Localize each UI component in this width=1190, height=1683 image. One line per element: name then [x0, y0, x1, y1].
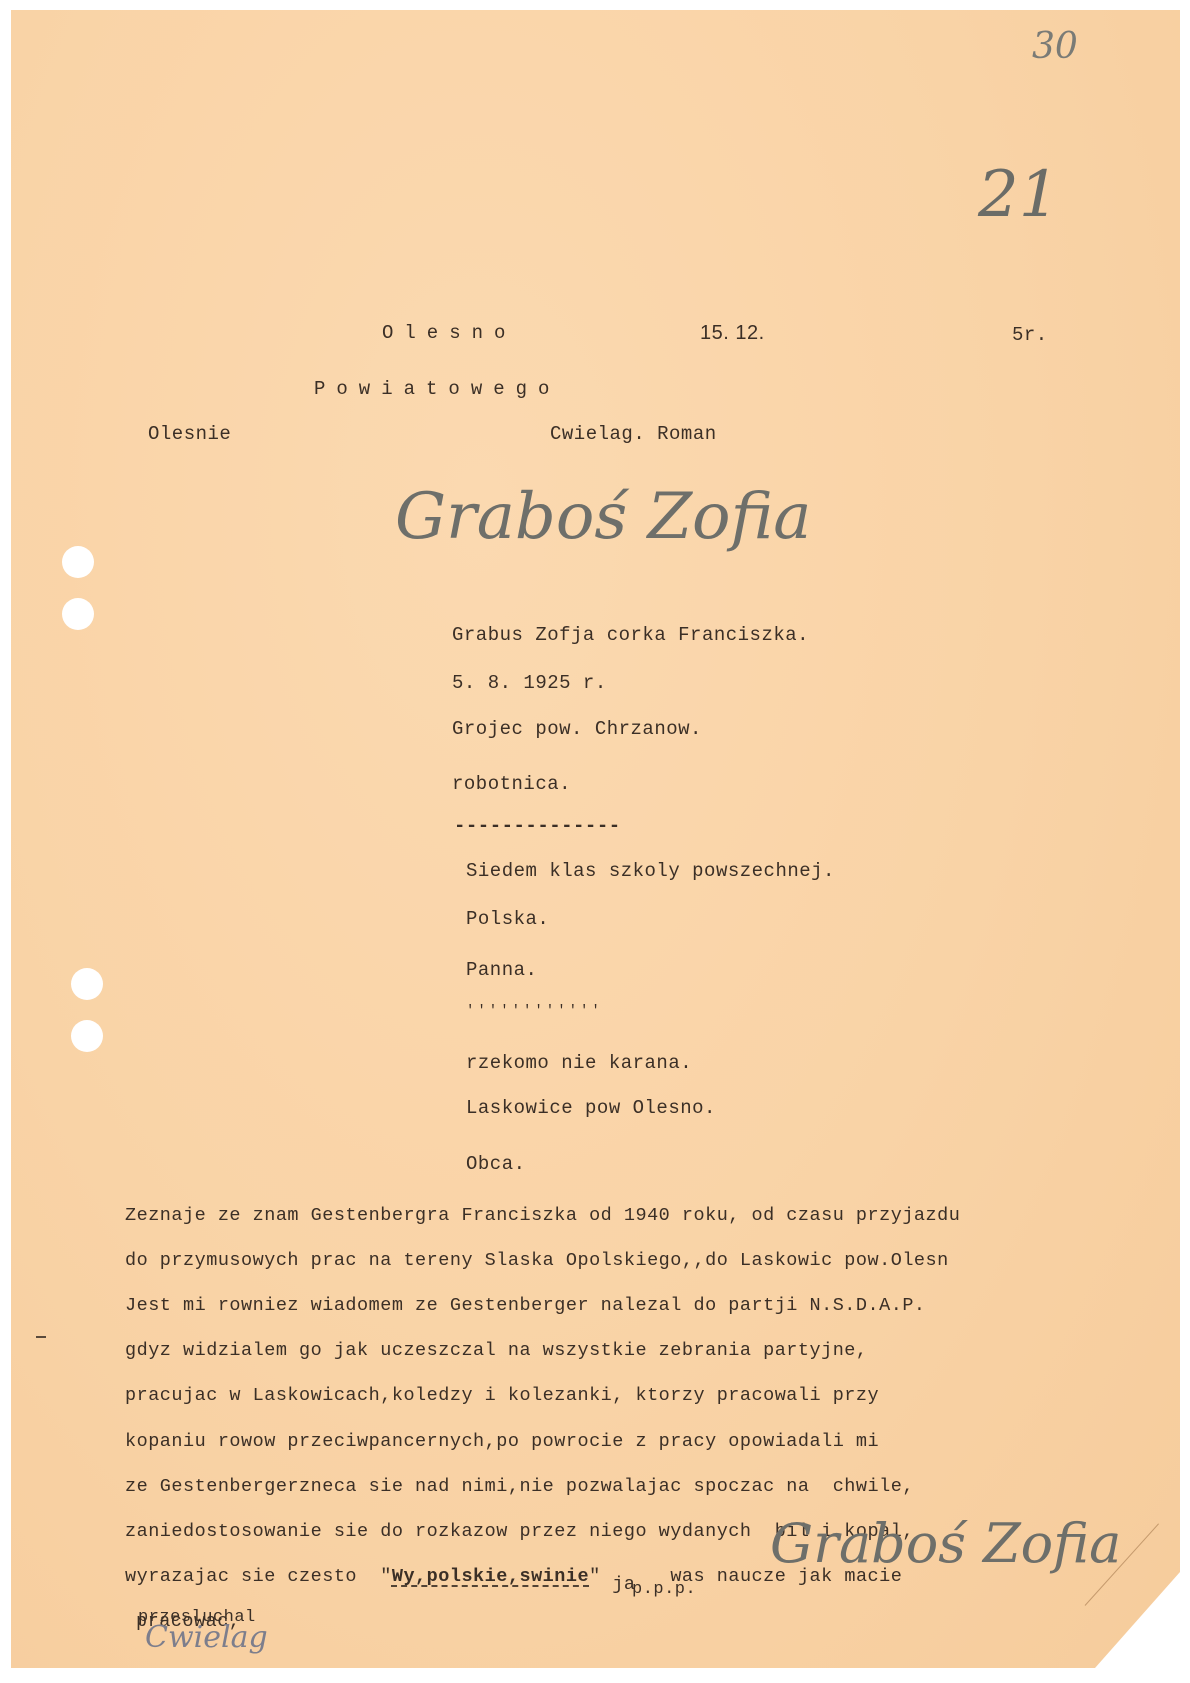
personal-residence: Laskowice pow Olesno.	[466, 1097, 716, 1120]
personal-relation: Obca.	[466, 1153, 526, 1176]
statement-line: kopaniu rowow przeciwpancernych,po powro…	[125, 1431, 960, 1454]
margin-mark	[36, 1336, 46, 1338]
header-officer-name: Cwielag. Roman	[550, 423, 717, 446]
interrogator-signature: Cwielag	[145, 1620, 268, 1655]
quoted-phrase: Wy,polskie,swinie	[392, 1566, 589, 1587]
personal-separator: --------------	[454, 815, 621, 838]
personal-nationality: Polska.	[466, 908, 549, 931]
personal-marks: ''''''''''''	[466, 1000, 603, 1023]
statement-line: gdyz widzialem go jak uczeszczal na wszy…	[125, 1340, 960, 1363]
signature-top: Graboś Zofia	[395, 480, 811, 554]
quote-suffix: "	[589, 1566, 601, 1587]
personal-occupation: robotnica.	[452, 773, 571, 796]
personal-marital-status: Panna.	[466, 959, 537, 982]
punch-hole	[62, 598, 94, 630]
punch-hole	[71, 968, 103, 1000]
personal-birth-place: Grojec pow. Chrzanow.	[452, 718, 702, 741]
personal-birth-date: 5. 8. 1925 r.	[452, 672, 607, 695]
statement-line: pracujac w Laskowicach,koledzy i kolezan…	[125, 1385, 960, 1408]
signature-bottom: Graboś Zofia	[770, 1512, 1121, 1575]
statement-line: Zeznaje ze znam Gestenbergra Franciszka …	[125, 1205, 960, 1228]
punch-hole	[62, 546, 94, 578]
quote-prefix: wyrazajac sie czesto "	[125, 1566, 392, 1587]
footer-ppp: p.p.p.	[632, 1578, 696, 1601]
header-place: Olesno	[382, 322, 516, 345]
statement-line: ze Gestenbergerzneca sie nad nimi,nie po…	[125, 1476, 960, 1499]
header-date: 15. 12.	[700, 322, 765, 345]
statement-line: do przymusowych prac na tereny Slaska Op…	[125, 1250, 960, 1273]
personal-criminal-record: rzekomo nie karana.	[466, 1052, 692, 1075]
personal-education: Siedem klas szkoly powszechnej.	[466, 860, 835, 883]
statement-line: Jest mi rowniez wiadomem ze Gestenberger…	[125, 1295, 960, 1318]
header-office-line: Powiatowego	[314, 378, 560, 401]
page-number-top: 30	[1032, 26, 1078, 67]
page-number-handwritten: 21	[978, 158, 1059, 232]
statement-body: Zeznaje ze znam Gestenbergra Franciszka …	[125, 1182, 960, 1656]
header-office-location: Olesnie	[148, 423, 231, 446]
header-year: 5r.	[1012, 324, 1048, 347]
personal-name: Grabus Zofja corka Franciszka.	[452, 624, 809, 647]
punch-hole	[71, 1020, 103, 1052]
